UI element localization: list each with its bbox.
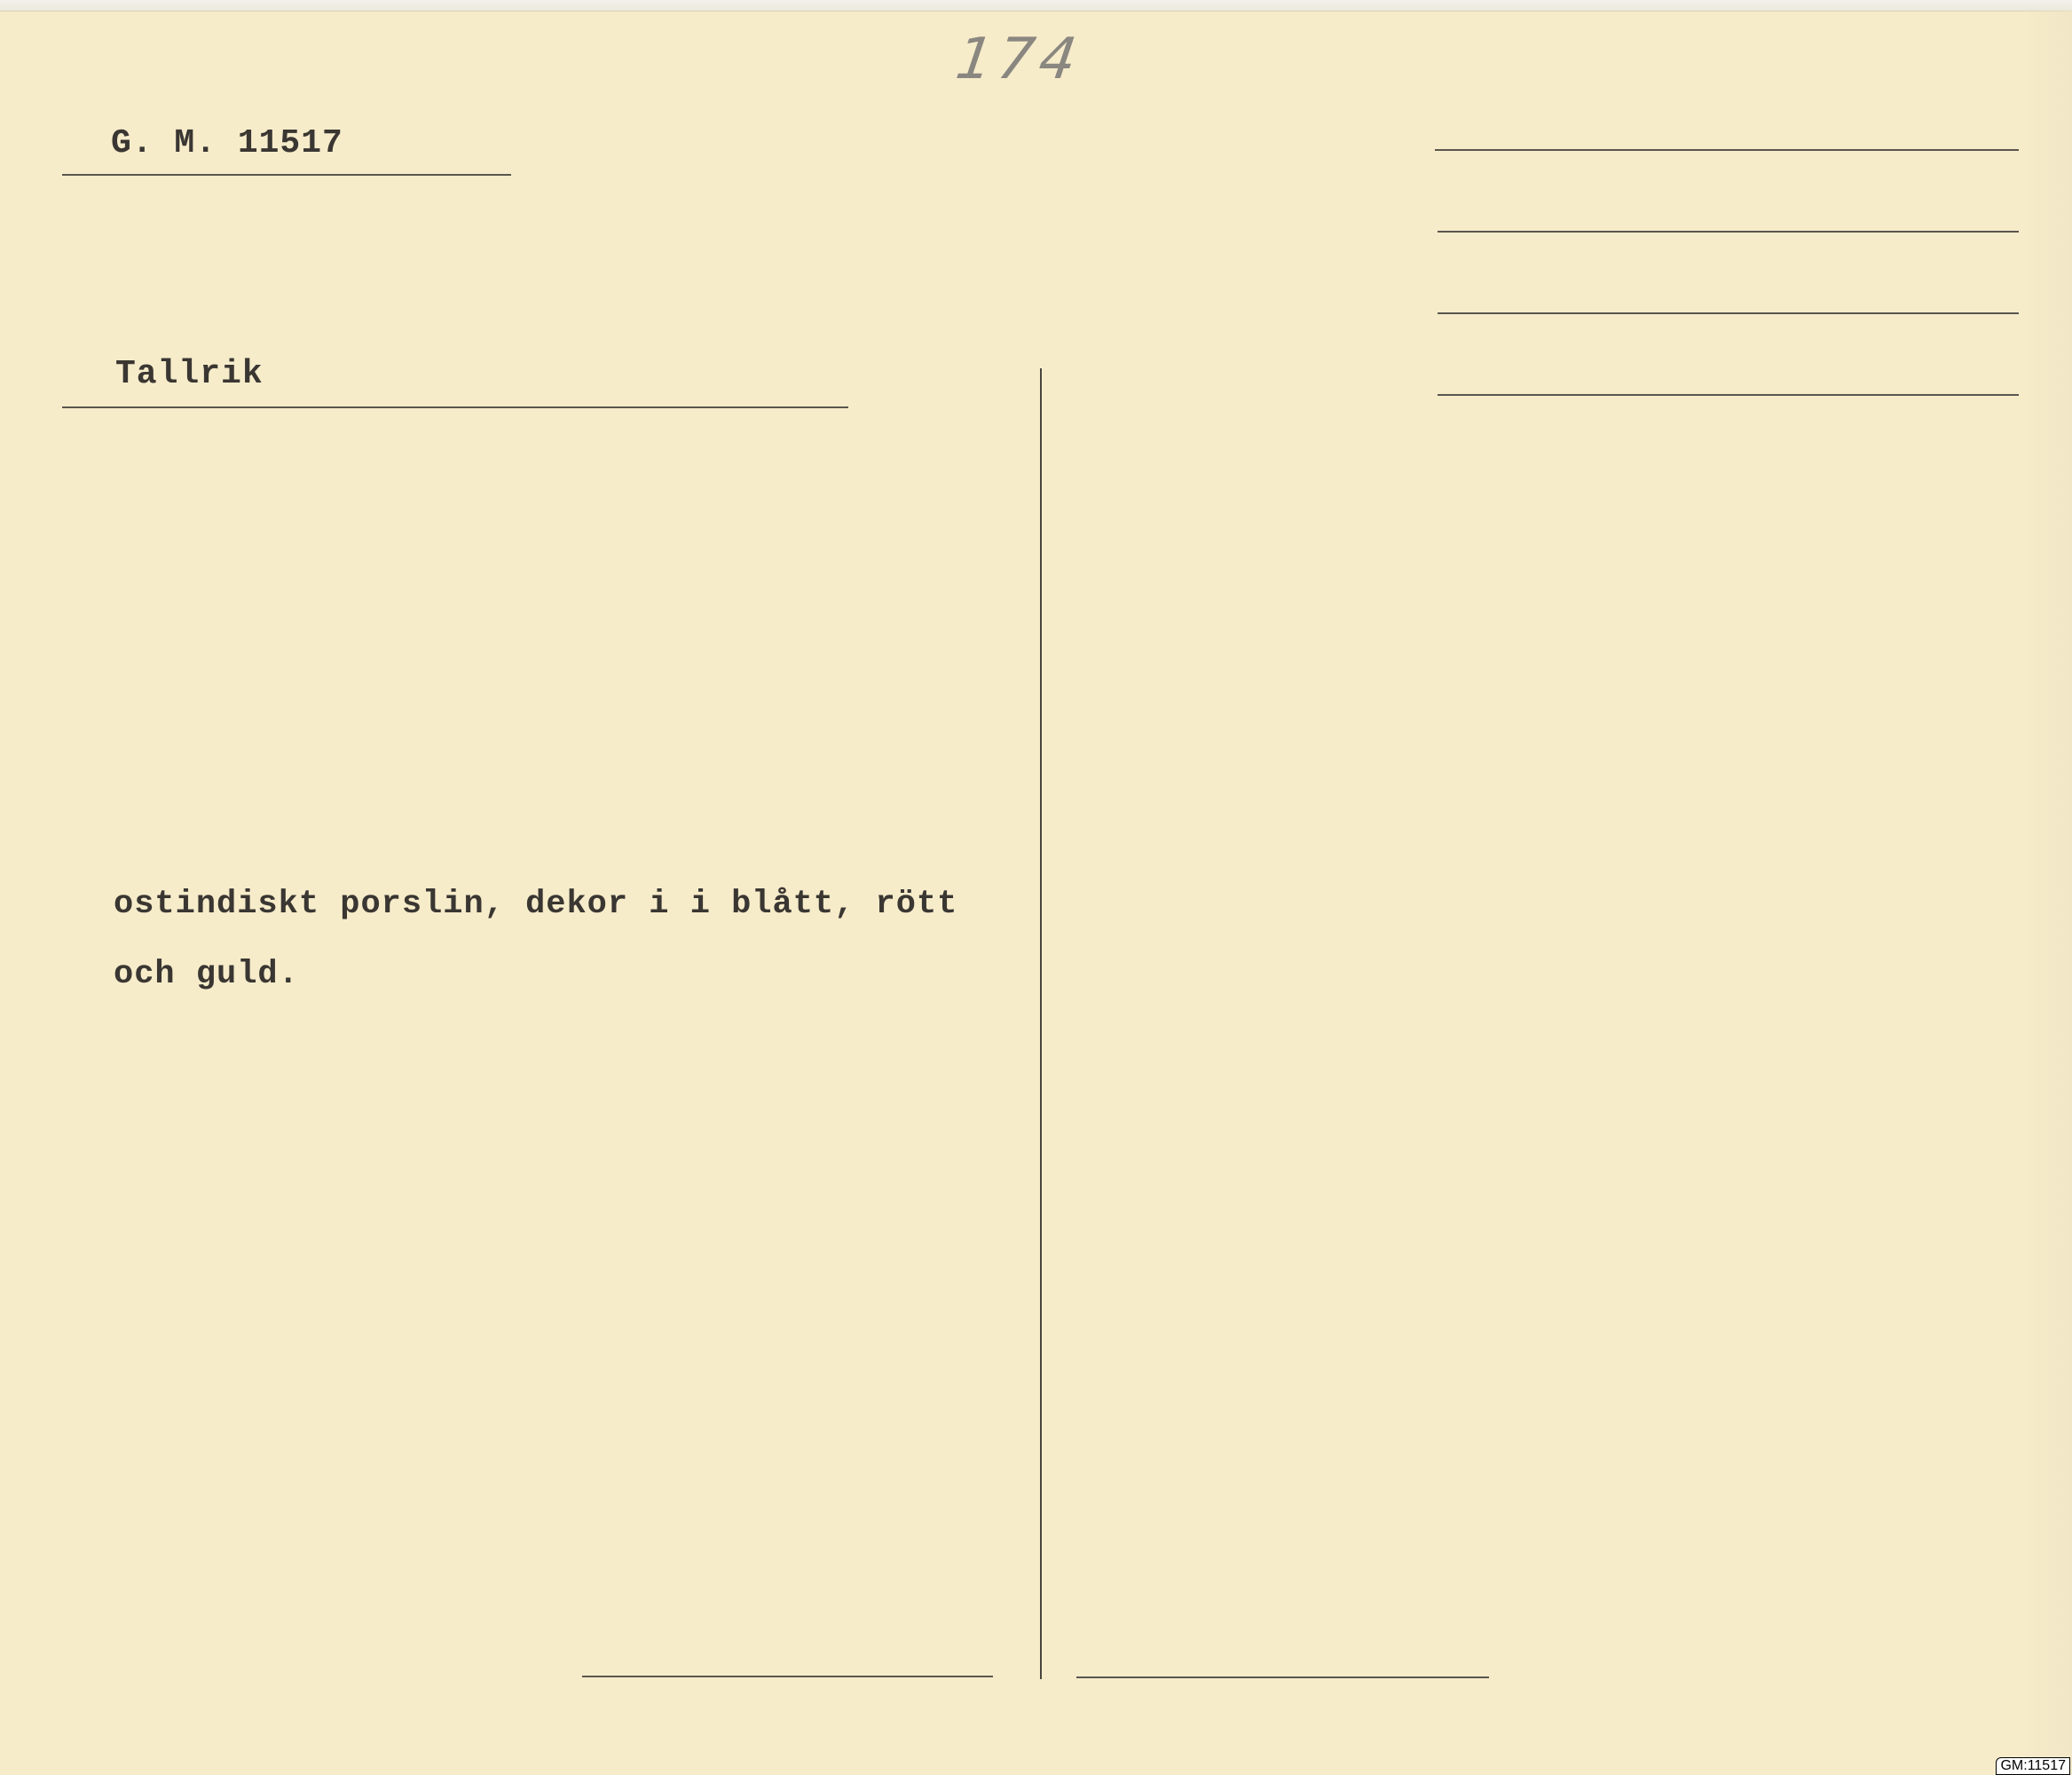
object-name-underline	[62, 406, 848, 408]
description-line-2: och guld.	[114, 956, 299, 993]
right-field-line-3	[1438, 312, 2019, 314]
description-line-1: ostindiskt porslin, dekor i i blått, röt…	[114, 886, 957, 923]
inventory-number-underline	[62, 174, 511, 176]
right-field-line-2	[1438, 231, 2019, 233]
handwritten-page-number: 174	[952, 27, 1086, 92]
center-divider	[1040, 368, 1042, 1679]
inventory-number: G. M. 11517	[111, 124, 343, 162]
archive-stamp: GM:11517	[1996, 1757, 2070, 1775]
paper-edge-shade	[2019, 11, 2072, 1775]
bottom-left-line	[582, 1676, 993, 1677]
object-name: Tallrik	[115, 355, 264, 393]
right-field-line-1	[1435, 149, 2019, 151]
scan-top-edge	[0, 0, 2072, 12]
bottom-right-line	[1076, 1676, 1489, 1678]
right-field-line-4	[1438, 394, 2019, 396]
